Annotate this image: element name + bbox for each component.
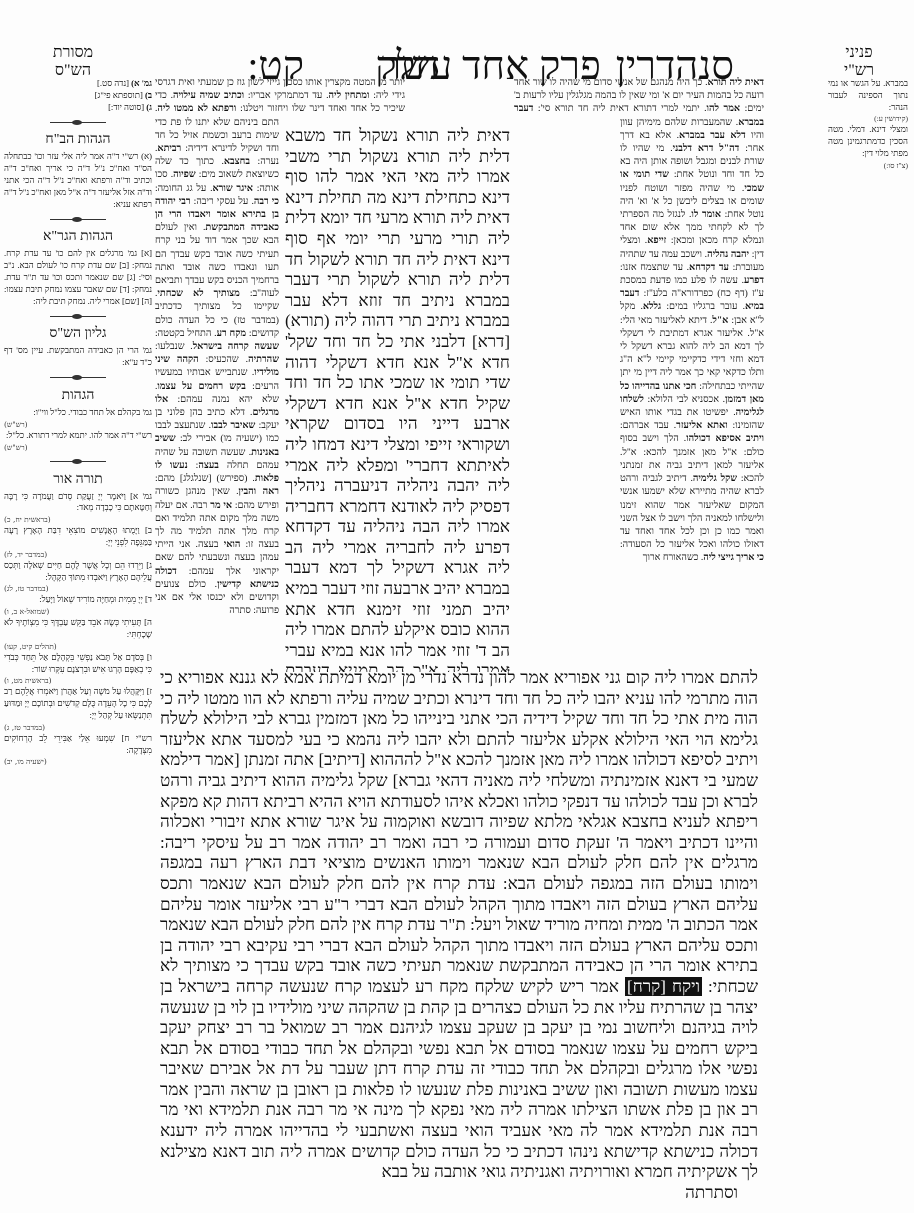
torah-or-verse: ב] וַיָּמֻתוּ הָאֲנָשִׁים מוֹצִאֵי דִבַּ… (4, 525, 152, 549)
hagahot-source: (רש"ש) (4, 419, 152, 430)
torah-or-heading: תורה אור (4, 471, 152, 489)
bach-text: (א) רש"י ד"ה אמר ליה אלי עזר וכו' כבתחלה… (4, 151, 152, 210)
mesoret-ref-label: ב) (145, 90, 152, 100)
hagahot-entry: גמ' בקהלם אל תחד כבודי. כל"ל ווי"ו: (4, 407, 152, 419)
torah-or-entries: גמ' א] וַיֹּאמֶר יְיָ זַעֲקַת סְדֹם וַעֲ… (4, 491, 152, 768)
ornament-divider (4, 117, 152, 127)
hagahot-heading: הגהות (4, 387, 152, 405)
gemara-wrap-space (514, 126, 612, 666)
torah-or-source: (במדבר טז, לג) (4, 583, 152, 594)
torah-or-verse: ג] וַיֵּרְדוּ הֵם וְכָל אֲשֶׁר לָהֶם חַי… (4, 560, 152, 584)
torah-or-verse: ה] תָּעִיתִי כְּשֶׂה אֹבֵד בַּקֵּשׁ עַבְ… (4, 617, 152, 641)
gilyon-heading: גליון הש"ס (4, 325, 152, 343)
penini-entry: במברא. על הגשר או נמי נתוך הספינה לעבור … (828, 78, 908, 113)
penini-entry: ומצלי דינא. דמלי. מטה הסכין כדמתרגמינן מ… (828, 124, 908, 159)
torah-or-verse: ז] וַיִּקָּהֲלוּ עַל מֹשֶׁה וְעַל אַהֲרֹ… (4, 686, 152, 721)
gemara-last-word: וסתרתה (160, 1183, 758, 1204)
penini-label-line-1: פניני (824, 44, 894, 62)
gra-heading: הגהות הגר"א (4, 228, 152, 246)
torah-or-verse: ו] בְּסֹדָם אַל תָּבֹא נַפְשִׁי בִּקְהָל… (4, 652, 152, 676)
mesoret-hashas-label: מסורת הש"ס (38, 44, 108, 80)
penini-source: (צ"ז סו:) (828, 160, 908, 171)
mesoret-ref-text: [תוספתא פי"ג] (95, 90, 143, 100)
hagahot-entry: רש"י ד"ה אמר להו. יתמא למרי דתורא. כל"ל: (4, 430, 152, 442)
mesoret-ref-label: גמ' א) (131, 78, 152, 88)
penini-rashi-column: במברא. על הגשר או נמי נתוך הספינה לעבור … (828, 78, 908, 171)
penini-source: (קידושין ע:) (828, 113, 908, 124)
gemara-lower-text-continued: אמר ריש לקיש שלקח מקח רע לעצמו קרח שנעשה… (160, 977, 758, 1181)
ornament-divider (4, 214, 152, 224)
torah-or-source: (בראשית יח, כ) (4, 514, 152, 525)
mesoret-refs: גמ' א) [נדה סט.] ב) [תוספתא פי"ג] ג) [סו… (4, 78, 152, 113)
torah-or-source: (ישעיה מו, יב) (4, 756, 152, 767)
ornament-divider (4, 373, 152, 383)
rashi-commentary: דאית ליה תורא. כך היה מנהגם של אנשי סדום… (514, 76, 764, 676)
torah-or-verse: ד] יְיָ מֵמִית וּמְחַיֶּה מוֹרִיד שְׁאוֹ… (4, 594, 152, 606)
gemara-text-upper: דאית ליה תורא נשקול חד משבא דלית ליה תור… (285, 126, 510, 672)
torah-or-source: (שמואל-א ב, ו) (4, 606, 152, 617)
torah-or-source: (במדבר יד, לז) (4, 549, 152, 560)
mesoret-ref: ב) [תוספתא פי"ג] (4, 90, 152, 102)
highlighted-phrase[interactable]: ויקח [קרח] (625, 977, 702, 996)
torah-or-verse: גמ' א] וַיֹּאמֶר יְיָ זַעֲקַת סְדֹם וַעֲ… (4, 491, 152, 515)
mesoret-ref-text: [סוטה יוד:] (108, 102, 144, 112)
bach-heading: הגהות הב"ח (4, 131, 152, 149)
gra-text: [א] גמ' מרגלים אין להם כו' עד עדת קרח. נ… (4, 248, 152, 307)
torah-or-source: (בראשית מט, ו) (4, 675, 152, 686)
gemara-lower-text: להתם אמרו ליה קום גני אפוריא אמר להון נד… (160, 668, 758, 996)
torah-or-source: (תהלים קיט, קעו) (4, 641, 152, 652)
mesoret-ref: ג) [סוטה יוד:] (4, 102, 152, 114)
hagahot-source: (רש"ש) (4, 442, 152, 453)
mesoret-ref: גמ' א) [נדה סט.] (4, 78, 152, 90)
torah-or-source: (במדבר טז, ג) (4, 722, 152, 733)
gemara-text-lower: להתם אמרו ליה קום גני אפוריא אמר להון נד… (160, 668, 758, 1203)
ornament-divider (4, 311, 152, 321)
gilyon-text: גמ' הרי הן כאבידה המתבקשת. עיין מס' דף כ… (4, 345, 152, 369)
ornament-divider (4, 457, 152, 467)
torah-or-verse: רש"י ח] שִׁמְעוּ אֵלַי אַבִּירֵי לֵב הָר… (4, 733, 152, 757)
left-margin-column: גמ' א) [נדה סט.] ב) [תוספתא פי"ג] ג) [סו… (4, 78, 152, 767)
gemara-upper-text: דאית ליה תורא נשקול חד משבא דלית ליה תור… (285, 126, 510, 672)
mesoret-ref-text: [נדה סט.] (97, 78, 129, 88)
mesoret-ref-label: ג) (146, 102, 152, 112)
mesoret-label-line-1: מסורת (38, 44, 108, 62)
penini-rashi-label: פניני רש"י (824, 44, 894, 80)
